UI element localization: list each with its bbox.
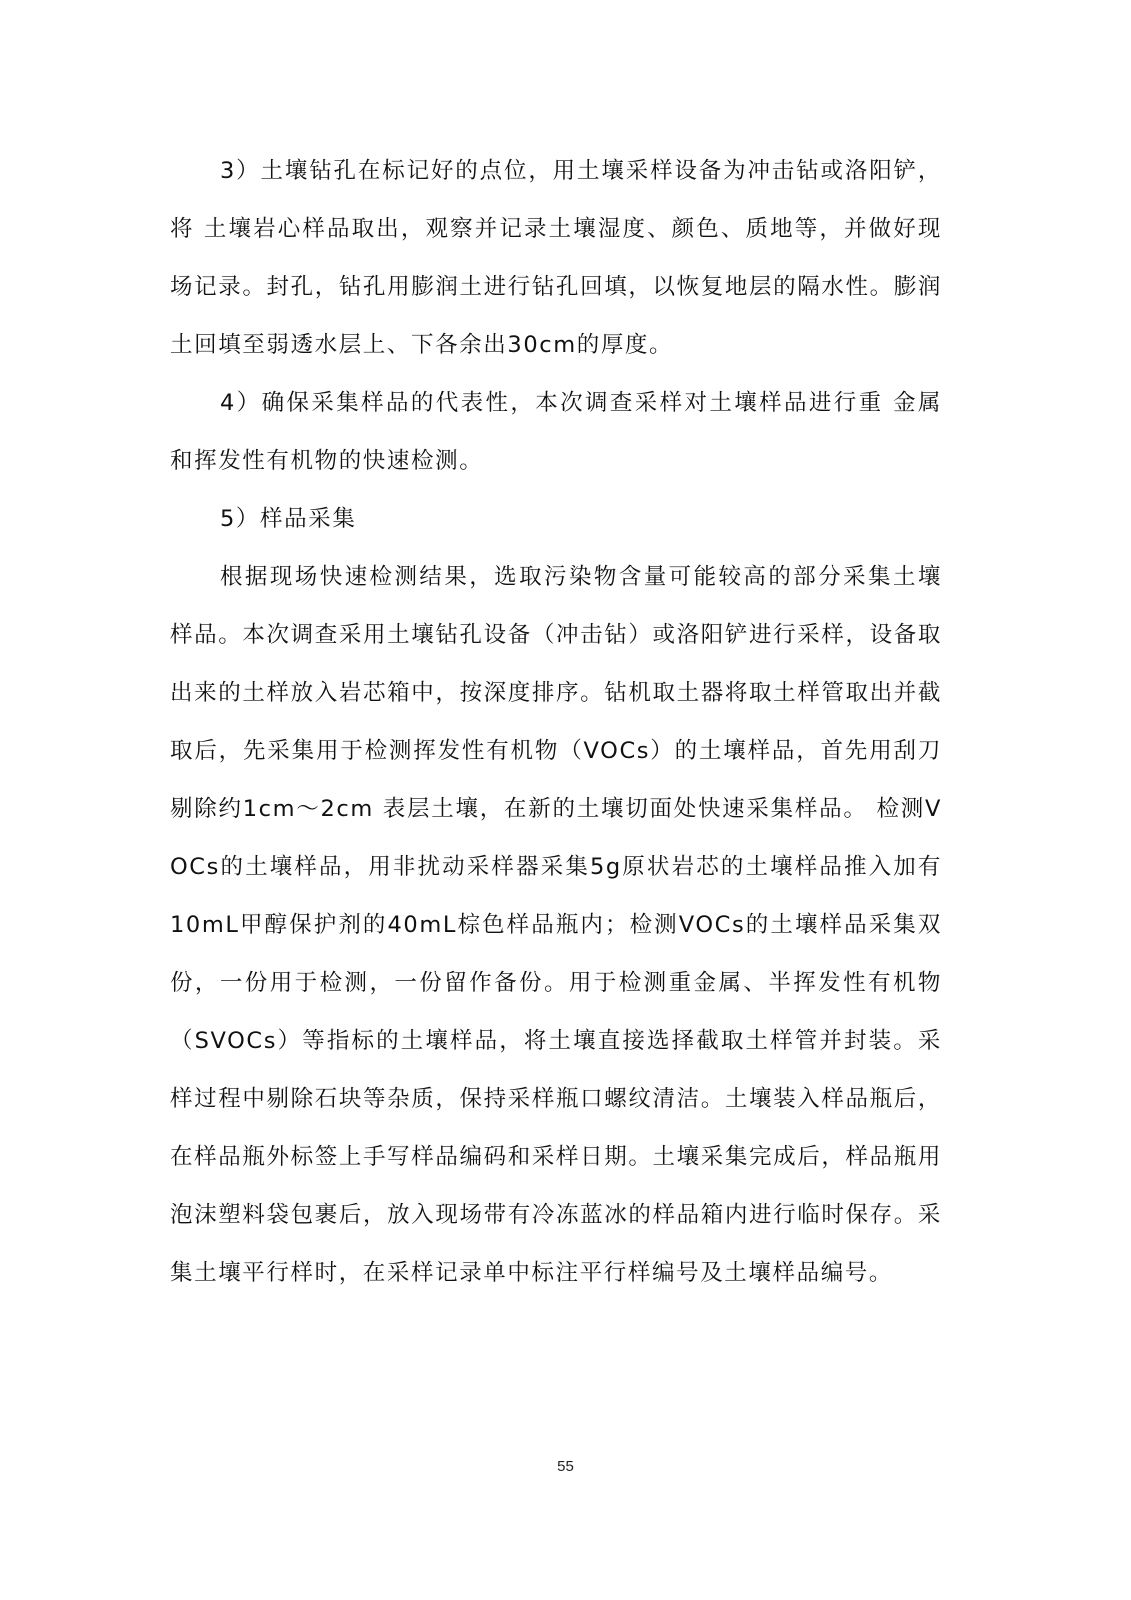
page-number: 55 xyxy=(0,1458,1131,1475)
heading-step-5: 5）样品采集 xyxy=(170,490,942,548)
paragraph-step-4: 4）确保采集样品的代表性，本次调查采样对土壤样品进行重 金属和挥发性有机物的快速… xyxy=(170,374,942,490)
body-text: 3）土壤钻孔在标记好的点位，用土壤采样设备为冲击钻或洛阳铲，将 土壤岩心样品取出… xyxy=(170,142,942,1302)
paragraph-sample-collection: 根据现场快速检测结果，选取污染物含量可能较高的部分采集土壤样品。本次调查采用土壤… xyxy=(170,548,942,1302)
paragraph-step-3: 3）土壤钻孔在标记好的点位，用土壤采样设备为冲击钻或洛阳铲，将 土壤岩心样品取出… xyxy=(170,142,942,374)
document-page: 3）土壤钻孔在标记好的点位，用土壤采样设备为冲击钻或洛阳铲，将 土壤岩心样品取出… xyxy=(0,0,1131,1600)
